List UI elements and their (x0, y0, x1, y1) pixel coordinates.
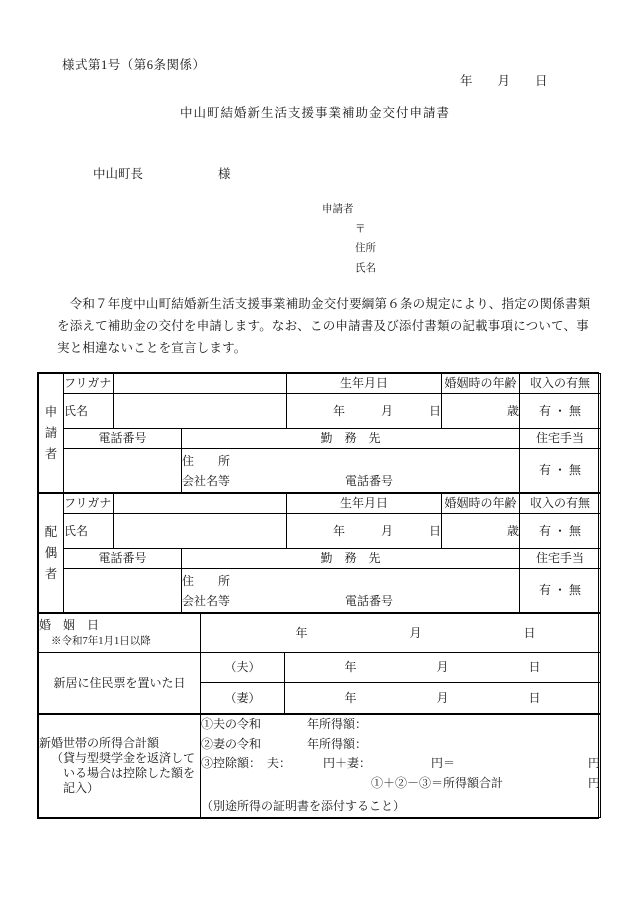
residence-wife-date-field: 年 月 日 (285, 683, 601, 714)
addressee-honorific: 様 (218, 167, 231, 181)
income-attachment-note: （別途所得の証明書を添付すること） (201, 797, 600, 817)
address-label: 住所 (355, 239, 376, 259)
marriage-day-label: 日 (524, 626, 536, 641)
applicant-age-unit: 歳 (442, 394, 520, 429)
applicant-vertical-label: 申請者 (44, 402, 58, 465)
applicant-name-field (114, 394, 287, 429)
income-label-line-2: （貸与型奨学金を返済して (51, 751, 200, 766)
applicant-marriage-age-label: 婚姻時の年齢 (442, 374, 520, 394)
income-husband-line: ①夫の令和 年所得額： (201, 715, 600, 735)
applicant-section: 申請者 フリガナ 生年月日 婚姻時の年齢 収入の有無 氏名 年 月 日 歳 有 … (38, 373, 601, 493)
income-deduction-mid2: 円＝ (431, 754, 455, 774)
applicant-housing-allowance-choice: 有 ・ 無 (520, 449, 601, 493)
marriage-residence-section: 婚 姻 日 ※令和7年1月1日以降 年 月 日 新居に住民票を置いた日 （夫） … (38, 613, 601, 714)
applicant-housing-allowance-label: 住宅手当 (520, 429, 601, 449)
residence-husband-day-label: 日 (529, 660, 541, 675)
spouse-name-field (114, 514, 287, 549)
income-detail-cell: ①夫の令和 年所得額： ②妻の令和 年所得額： ③控除額： 夫： 円＋妻： (201, 715, 601, 818)
income-total-label-cell: 新婚世帯の所得合計額 （貸与型奨学金を返済して いる場合は控除した額を 記入） (39, 715, 201, 818)
applicant-work-phone-label: 電話番号 (345, 471, 393, 491)
applicant-company-label: 会社名等 (182, 471, 230, 491)
income-deduction-line: ③控除額： 夫： 円＋妻： 円＝ 円 (201, 754, 600, 774)
income-label-line-3: いる場合は控除した額を (63, 766, 200, 781)
spouse-phone-label: 電話番号 (64, 549, 182, 569)
income-wife-suffix: 年所得額： (307, 735, 367, 755)
income-deduction-prefix: ③控除額： 夫： (201, 754, 291, 774)
residence-husband-year-label: 年 (344, 660, 356, 675)
spouse-birthdate-field: 年 月 日 (287, 514, 442, 549)
residence-wife-month-label: 月 (437, 691, 449, 706)
applicant-phone-label: 電話番号 (64, 429, 182, 449)
spouse-housing-allowance-choice: 有 ・ 無 (520, 569, 601, 613)
document-title: 中山町結婚新生活支援事業補助金交付申請書 (0, 103, 630, 121)
marriage-month-label: 月 (410, 626, 422, 641)
spouse-birthdate-label: 生年月日 (287, 494, 442, 514)
applicant-phone-field (64, 449, 182, 493)
income-total-line: ①＋②－③＝所得額合計 円 (201, 774, 600, 794)
applicant-furigana-label: フリガナ (64, 374, 114, 394)
income-deduction-unit: 円 (588, 754, 600, 774)
spouse-income-choice: 有 ・ 無 (520, 514, 601, 549)
spouse-name-label: 氏名 (64, 514, 114, 549)
marriage-year-label: 年 (295, 626, 307, 641)
spouse-phone-field (64, 569, 182, 613)
addressee-name: 中山町長 (93, 167, 143, 181)
spouse-marriage-age-label: 婚姻時の年齢 (442, 494, 520, 514)
income-husband-suffix: 年所得額： (307, 715, 367, 735)
residence-wife-label: （妻） (201, 683, 285, 714)
application-form-page: 様式第1号（第6条関係） 年 月 日 中山町結婚新生活支援事業補助金交付申請書 … (0, 0, 630, 903)
application-table: 申請者 フリガナ 生年月日 婚姻時の年齢 収入の有無 氏名 年 月 日 歳 有 … (37, 372, 599, 819)
applicant-birthdate-label: 生年月日 (287, 374, 442, 394)
postal-mark: 〒 (355, 220, 376, 240)
form-number: 様式第1号（第6条関係） (62, 55, 206, 73)
applicant-birthdate-field: 年 月 日 (287, 394, 442, 429)
income-deduction-mid1: 円＋妻： (323, 754, 371, 774)
spouse-work-phone-label: 電話番号 (345, 591, 393, 611)
marriage-date-note: ※令和7年1月1日以降 (51, 635, 200, 648)
applicant-signature-block: 申請者 〒 住所 氏名 (322, 200, 376, 278)
declaration-line-3: 実と相違ないことを宣言します。 (57, 337, 590, 359)
residence-husband-label: （夫） (201, 653, 285, 683)
applicant-work-address-label: 住 所 (182, 451, 519, 471)
spouse-furigana-field (114, 494, 287, 514)
marriage-date-field: 年 月 日 (201, 614, 601, 653)
name-label: 氏名 (355, 259, 376, 279)
spouse-income-label: 収入の有無 (520, 494, 601, 514)
declaration-paragraph: 令和７年度中山町結婚新生活支援事業補助金交付要綱第６条の規定により、指定の関係書… (57, 293, 590, 359)
marriage-date-label-cell: 婚 姻 日 ※令和7年1月1日以降 (39, 614, 201, 653)
spouse-furigana-label: フリガナ (64, 494, 114, 514)
header-date-line: 年 月 日 (460, 71, 548, 89)
applicant-name-label: 氏名 (64, 394, 114, 429)
spouse-section: 配偶者 フリガナ 生年月日 婚姻時の年齢 収入の有無 氏名 年 月 日 歳 有 … (38, 493, 601, 613)
spouse-housing-allowance-label: 住宅手当 (520, 549, 601, 569)
spouse-company-label: 会社名等 (182, 591, 230, 611)
declaration-line-1: 令和７年度中山町結婚新生活支援事業補助金交付要綱第６条の規定により、指定の関係書… (57, 293, 590, 315)
marriage-date-label: 婚 姻 日 (39, 618, 200, 633)
declaration-line-2: を添えて補助金の交付を申請します。なお、この申請書及び添付書類の記載事項について… (57, 315, 590, 337)
spouse-age-unit: 歳 (442, 514, 520, 549)
income-total-unit: 円 (588, 774, 600, 794)
income-wife-line: ②妻の令和 年所得額： (201, 735, 600, 755)
applicant-income-label: 収入の有無 (520, 374, 601, 394)
income-label-line-4: 記入） (63, 781, 200, 796)
spouse-vertical-label-cell: 配偶者 (39, 494, 64, 613)
applicant-income-choice: 有 ・ 無 (520, 394, 601, 429)
income-label-line-1: 新婚世帯の所得合計額 (39, 736, 200, 751)
residence-husband-month-label: 月 (437, 660, 449, 675)
residence-wife-year-label: 年 (344, 691, 356, 706)
spouse-workplace-label: 勤 務 先 (182, 549, 520, 569)
household-income-section: 新婚世帯の所得合計額 （貸与型奨学金を返済して いる場合は控除した額を 記入） … (38, 714, 601, 818)
applicant-furigana-field (114, 374, 287, 394)
spouse-work-address-label: 住 所 (182, 571, 519, 591)
applicant-heading: 申請者 (322, 200, 376, 220)
residence-husband-date-field: 年 月 日 (285, 653, 601, 683)
spouse-workplace-detail-cell: 住 所 会社名等 電話番号 (182, 569, 520, 613)
income-wife-prefix: ②妻の令和 (201, 735, 261, 755)
applicant-workplace-label: 勤 務 先 (182, 429, 520, 449)
income-husband-prefix: ①夫の令和 (201, 715, 261, 735)
addressee-line: 中山町長様 (93, 164, 231, 182)
residence-wife-day-label: 日 (529, 691, 541, 706)
income-total-formula: ①＋②－③＝所得額合計 (371, 774, 503, 794)
applicant-vertical-label-cell: 申請者 (39, 374, 64, 493)
residence-registration-label: 新居に住民票を置いた日 (39, 653, 201, 714)
applicant-workplace-detail-cell: 住 所 会社名等 電話番号 (182, 449, 520, 493)
spouse-vertical-label: 配偶者 (44, 522, 58, 585)
